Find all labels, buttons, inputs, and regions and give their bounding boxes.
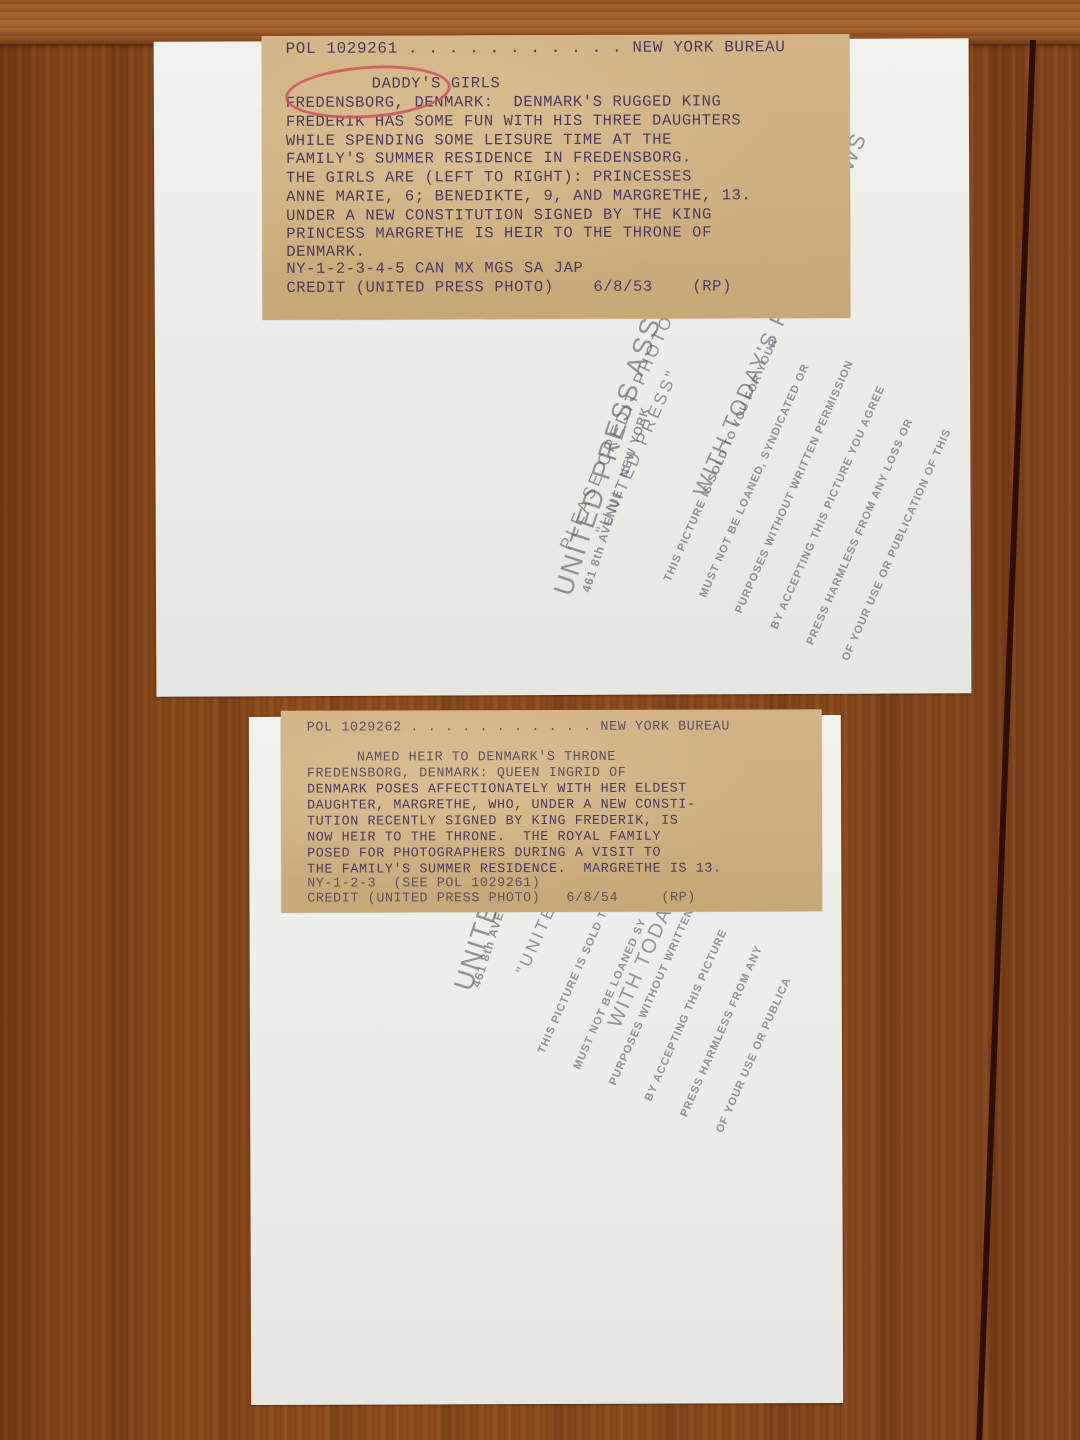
caption-credit: CREDIT (UNITED PRESS PHOTO): [286, 278, 553, 297]
caption-dots: . . . . . . . . . . .: [410, 720, 591, 735]
caption-line: NOW HEIR TO THE THRONE. THE ROYAL FAMILY: [307, 830, 661, 846]
caption-line: FAMILY'S SUMMER RESIDENCE IN FREDENSBORG…: [286, 149, 692, 168]
caption-line: THE GIRLS ARE (LEFT TO RIGHT): PRINCESSE…: [286, 168, 692, 187]
caption-line: PRINCESS MARGRETHE IS HEIR TO THE THRONE…: [286, 223, 712, 242]
caption-credit-row: CREDIT (UNITED PRESS PHOTO) 6/8/53 (RP): [286, 277, 732, 297]
caption-line: DENMARK.: [286, 243, 365, 261]
caption-line: UNDER A NEW CONSTITUTION SIGNED BY THE K…: [286, 205, 712, 224]
stamp-terms-line: MUST NOT BE LOANED SY: [571, 890, 661, 1071]
caption-distribution: NY-1-2-3 (SEE POL 1029261): [307, 876, 540, 892]
caption-code: (RP): [692, 277, 732, 295]
caption-slip-bottom: POL 1029262 . . . . . . . . . . . NEW YO…: [281, 709, 823, 912]
caption-header: POL 1029261 . . . . . . . . . . . NEW YO…: [286, 38, 786, 58]
caption-credit-row: CREDIT (UNITED PRESS PHOTO) 6/8/54 (RP): [307, 891, 696, 907]
caption-distribution: NY-1-2-3-4-5 CAN MX MGS SA JAP: [286, 259, 583, 278]
caption-line: ANNE MARIE, 6; BENEDIKTE, 9, AND MARGRET…: [286, 186, 751, 206]
caption-line: POSED FOR PHOTOGRAPHERS DURING A VISIT T…: [307, 846, 661, 862]
caption-headline: NAMED HEIR TO DENMARK'S THRONE: [357, 750, 616, 766]
caption-line: FREDENSBORG, DENMARK: QUEEN INGRID OF: [307, 766, 627, 782]
caption-date: 6/8/54: [566, 891, 618, 906]
caption-date: 6/8/53: [593, 278, 652, 296]
caption-bureau: NEW YORK BUREAU: [600, 720, 730, 735]
caption-id: POL 1029261: [286, 40, 398, 58]
caption-code: (RP): [661, 891, 696, 906]
caption-line: TUTION RECENTLY SIGNED BY KING FREDERIK,…: [307, 814, 678, 830]
caption-credit: CREDIT (UNITED PRESS PHOTO): [307, 891, 540, 907]
caption-line: WHILE SPENDING SOME LEISURE TIME AT THE: [286, 131, 672, 150]
caption-id: POL 1029262: [307, 720, 402, 735]
caption-dots: . . . . . . . . . . .: [408, 39, 622, 58]
caption-line: DENMARK POSES AFFECTIONATELY WITH HER EL…: [307, 782, 687, 798]
caption-header: POL 1029262 . . . . . . . . . . . NEW YO…: [307, 720, 730, 736]
caption-line: DAUGHTER, MARGRETHE, WHO, UNDER A NEW CO…: [307, 798, 696, 814]
stamp-terms-line: PRESS HARMLESS FROM ANY: [678, 938, 768, 1119]
caption-bureau: NEW YORK BUREAU: [632, 38, 785, 57]
wood-panel-gap: [976, 40, 1036, 1440]
